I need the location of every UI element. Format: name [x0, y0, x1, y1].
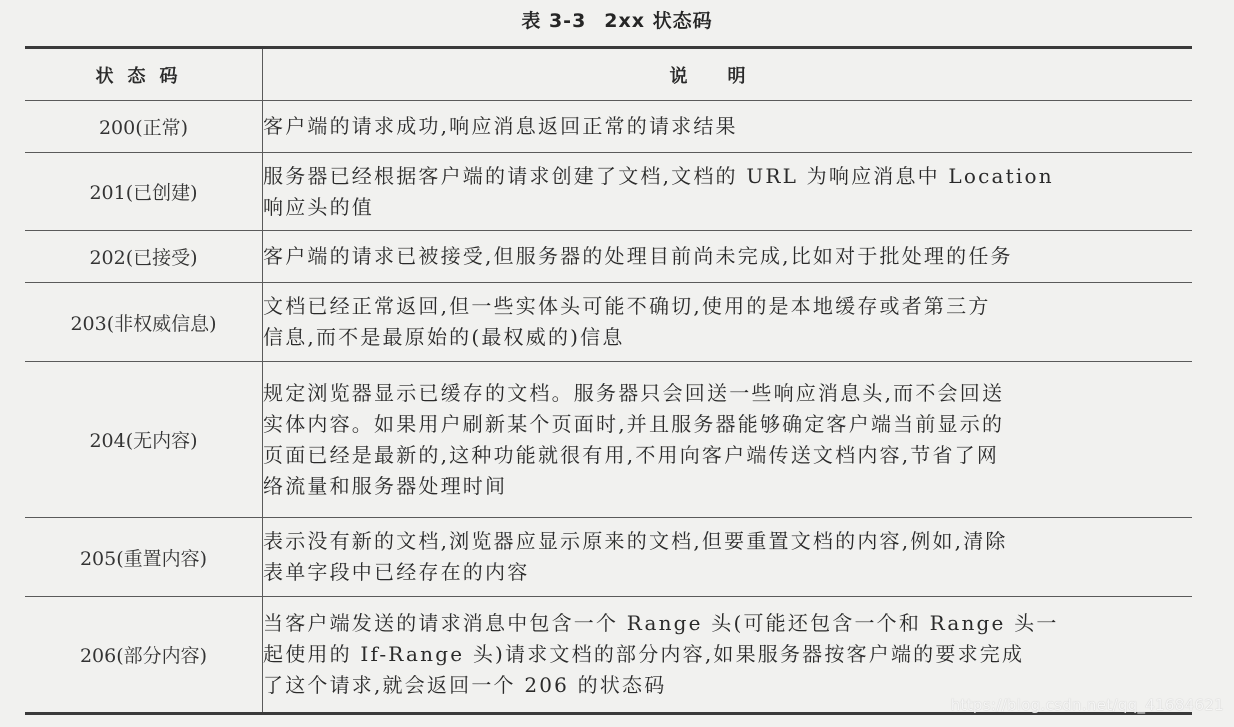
description-line: 起使用的 If-Range 头)请求文档的部分内容,如果服务器按客户端的要求完成 — [263, 639, 1192, 670]
header-status-code: 状态码 — [25, 48, 263, 101]
description-line: 客户端的请求成功,响应消息返回正常的请求结果 — [263, 111, 1192, 142]
table-number: 表 3-3 — [521, 10, 586, 32]
description-line: 表示没有新的文档,浏览器应显示原来的文档,但要重置文档的内容,例如,清除 — [263, 526, 1192, 557]
description-line: 络流量和服务器处理时间 — [263, 471, 1192, 502]
header-description: 说明 — [263, 48, 1193, 101]
description-line: 服务器已经根据客户端的请求创建了文档,文档的 URL 为响应消息中 Locati… — [263, 161, 1192, 192]
table-row: 204(无内容) 规定浏览器显示已缓存的文档。服务器只会回送一些响应消息头,而不… — [25, 362, 1192, 518]
description-line: 表单字段中已经存在的内容 — [263, 557, 1192, 588]
status-code-table: 状态码 说明 200(正常) 客户端的请求成功,响应消息返回正常的请求结果 20… — [25, 46, 1192, 715]
description-line: 信息,而不是最原始的(最权威的)信息 — [263, 322, 1192, 353]
description-line: 页面已经是最新的,这种功能就很有用,不用向客户端传送文档内容,节省了网 — [263, 440, 1192, 471]
status-code-cell: 205(重置内容) — [25, 518, 263, 597]
table-title: 2xx 状态码 — [604, 10, 712, 32]
description-cell: 规定浏览器显示已缓存的文档。服务器只会回送一些响应消息头,而不会回送 实体内容。… — [263, 362, 1193, 518]
description-cell: 表示没有新的文档,浏览器应显示原来的文档,但要重置文档的内容,例如,清除 表单字… — [263, 518, 1193, 597]
description-line: 当客户端发送的请求消息中包含一个 Range 头(可能还包含一个和 Range … — [263, 608, 1192, 639]
status-code-cell: 204(无内容) — [25, 362, 263, 518]
watermark-url: https://blog.csdn.net/qq_41684621 — [951, 696, 1224, 714]
description-cell: 客户端的请求已被接受,但服务器的处理目前尚未完成,比如对于批处理的任务 — [263, 231, 1193, 283]
table-caption: 表 3-32xx 状态码 — [0, 6, 1234, 33]
header-row: 状态码 说明 — [25, 48, 1192, 101]
description-line: 规定浏览器显示已缓存的文档。服务器只会回送一些响应消息头,而不会回送 — [263, 378, 1192, 409]
table-row: 200(正常) 客户端的请求成功,响应消息返回正常的请求结果 — [25, 101, 1192, 153]
status-code-cell: 206(部分内容) — [25, 597, 263, 714]
description-line: 响应头的值 — [263, 192, 1192, 223]
table-row: 202(已接受) 客户端的请求已被接受,但服务器的处理目前尚未完成,比如对于批处… — [25, 231, 1192, 283]
table-row: 201(已创建) 服务器已经根据客户端的请求创建了文档,文档的 URL 为响应消… — [25, 153, 1192, 231]
status-code-cell: 202(已接受) — [25, 231, 263, 283]
status-code-cell: 203(非权威信息) — [25, 283, 263, 362]
description-line: 实体内容。如果用户刷新某个页面时,并且服务器能够确定客户端当前显示的 — [263, 409, 1192, 440]
description-cell: 服务器已经根据客户端的请求创建了文档,文档的 URL 为响应消息中 Locati… — [263, 153, 1193, 231]
status-code-cell: 200(正常) — [25, 101, 263, 153]
description-line: 文档已经正常返回,但一些实体头可能不确切,使用的是本地缓存或者第三方 — [263, 291, 1192, 322]
status-code-cell: 201(已创建) — [25, 153, 263, 231]
description-cell: 客户端的请求成功,响应消息返回正常的请求结果 — [263, 101, 1193, 153]
description-line: 客户端的请求已被接受,但服务器的处理目前尚未完成,比如对于批处理的任务 — [263, 241, 1192, 272]
description-cell: 文档已经正常返回,但一些实体头可能不确切,使用的是本地缓存或者第三方 信息,而不… — [263, 283, 1193, 362]
table-row: 203(非权威信息) 文档已经正常返回,但一些实体头可能不确切,使用的是本地缓存… — [25, 283, 1192, 362]
table-row: 205(重置内容) 表示没有新的文档,浏览器应显示原来的文档,但要重置文档的内容… — [25, 518, 1192, 597]
